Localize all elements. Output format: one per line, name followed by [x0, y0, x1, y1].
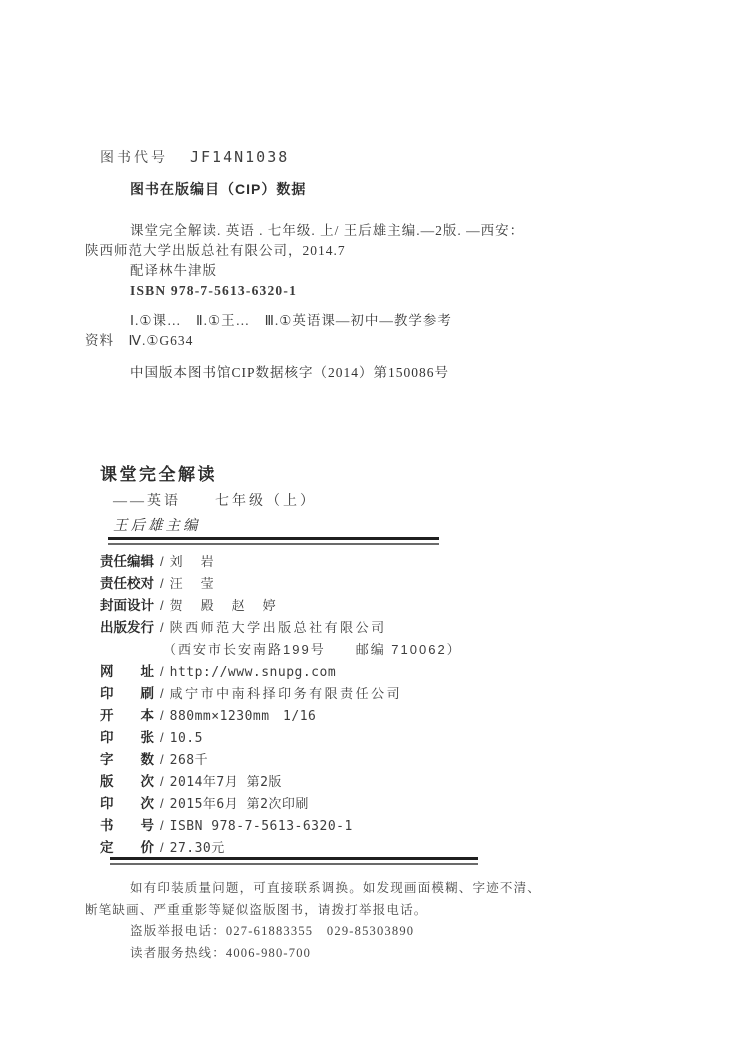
colophon-row-printer: 印 刷/咸宁市中南科择印务有限责任公司 [100, 683, 462, 705]
notice-line-1: 如有印装质量问题，可直接联系调换。如发现画面模糊、字迹不清、 [85, 878, 565, 900]
divider-rule-bottom [110, 857, 478, 865]
row-slash: / [160, 708, 164, 723]
row-value: 刘 岩 [170, 554, 217, 569]
row-slash: / [160, 752, 164, 767]
row-slash: / [160, 576, 164, 591]
row-label: 网 址 [100, 661, 158, 683]
copyright-page: 图书代号JF14N1038 图书在版编目（CIP）数据 课堂完全解读. 英语 .… [0, 0, 750, 1052]
row-label: 定 价 [100, 837, 158, 859]
book-author: 王后雄主编 [113, 514, 201, 535]
book-code-label: 图书代号 [100, 149, 168, 165]
row-slash: / [160, 598, 164, 613]
colophon-row-price: 定 价/27.30元 [100, 837, 462, 859]
colophon-row-address: （西安市长安南路199号 邮编 710062） [100, 639, 462, 661]
cip-paragraph: 课堂完全解读. 英语 . 七年级. 上/ 王后雄主编.—2版. —西安： 陕西师… [85, 221, 565, 301]
row-value: 880mm×1230mm 1/16 [170, 709, 317, 724]
colophon-row-sheets: 印 张/10.5 [100, 727, 462, 749]
cip-class-line-1: Ⅰ.①课… Ⅱ.①王… Ⅲ.①英语课—初中—教学参考 [85, 311, 565, 331]
book-title: 课堂完全解读 [100, 460, 217, 485]
cip-line-2: 陕西师范大学出版总社有限公司，2014.7 [85, 241, 565, 261]
row-value: 2015年6月 第2次印刷 [170, 797, 309, 812]
colophon-row-edition: 版 次/2014年7月 第2版 [100, 771, 462, 793]
row-slash: / [160, 818, 164, 833]
row-label: 印 刷 [100, 683, 158, 705]
piracy-hotline: 盗版举报电话：027-61883355 029-85303890 [85, 921, 565, 943]
cip-record-number: 中国版本图书馆CIP数据核字（2014）第150086号 [130, 361, 449, 381]
row-value: http://www.snupg.com [170, 665, 337, 680]
cip-class-line-2: 资料 Ⅳ.①G634 [85, 331, 565, 351]
anti-piracy-notice: 如有印装质量问题，可直接联系调换。如发现画面模糊、字迹不清、 断笔缺画、严重重影… [85, 878, 565, 964]
reader-service-hotline: 读者服务热线：4006-980-700 [85, 943, 565, 965]
colophon-row-word-count: 字 数/268千 [100, 749, 462, 771]
row-label: 印 张 [100, 727, 158, 749]
cip-classification: Ⅰ.①课… Ⅱ.①王… Ⅲ.①英语课—初中—教学参考 资料 Ⅳ.①G634 [85, 311, 565, 351]
row-slash: / [160, 554, 164, 569]
row-value: 268千 [170, 753, 208, 768]
row-slash: / [160, 730, 164, 745]
colophon-row-proofreader: 责任校对/汪 莹 [100, 573, 462, 595]
divider-rule-top [108, 537, 439, 545]
row-slash: / [160, 840, 164, 855]
colophon-row-impression: 印 次/2015年6月 第2次印刷 [100, 793, 462, 815]
row-label: 责任编辑 [100, 551, 158, 573]
row-value: 2014年7月 第2版 [170, 775, 282, 790]
row-slash: / [160, 686, 164, 701]
colophon-rows: 责任编辑/刘 岩 责任校对/汪 莹 封面设计/贺 殿 赵 婷 出版发行/陕西师范… [100, 551, 462, 859]
row-slash: / [160, 620, 164, 635]
row-value: （西安市长安南路199号 邮编 710062） [100, 642, 462, 657]
book-code-value: JF14N1038 [190, 148, 289, 166]
row-slash: / [160, 774, 164, 789]
row-label: 版 次 [100, 771, 158, 793]
row-value: 咸宁市中南科择印务有限责任公司 [170, 686, 403, 701]
row-value: 27.30元 [170, 841, 225, 856]
row-label: 责任校对 [100, 573, 158, 595]
row-value: 10.5 [170, 731, 203, 746]
notice-line-2: 断笔缺画、严重重影等疑似盗版图书，请拨打举报电话。 [85, 900, 565, 922]
row-value: 贺 殿 赵 婷 [170, 598, 279, 613]
cip-line-1: 课堂完全解读. 英语 . 七年级. 上/ 王后雄主编.—2版. —西安： [85, 221, 565, 241]
row-label: 封面设计 [100, 595, 158, 617]
row-label: 字 数 [100, 749, 158, 771]
colophon-row-format: 开 本/880mm×1230mm 1/16 [100, 705, 462, 727]
colophon-row-website: 网 址/http://www.snupg.com [100, 661, 462, 683]
cip-line-3: 配译林牛津版 [85, 261, 565, 281]
row-label: 印 次 [100, 793, 158, 815]
cip-isbn: ISBN 978-7-5613-6320-1 [85, 281, 565, 301]
row-value: ISBN 978-7-5613-6320-1 [170, 819, 353, 834]
row-label: 书 号 [100, 815, 158, 837]
cip-heading: 图书在版编目（CIP）数据 [130, 179, 306, 199]
colophon-row-publisher: 出版发行/陕西师范大学出版总社有限公司 [100, 617, 462, 639]
row-label: 出版发行 [100, 617, 158, 639]
row-slash: / [160, 664, 164, 679]
row-value: 陕西师范大学出版总社有限公司 [170, 620, 387, 635]
book-code-line: 图书代号JF14N1038 [100, 147, 289, 167]
colophon-row-editor: 责任编辑/刘 岩 [100, 551, 462, 573]
colophon-row-isbn: 书 号/ISBN 978-7-5613-6320-1 [100, 815, 462, 837]
row-slash: / [160, 796, 164, 811]
book-subtitle: ——英语 七年级（上） [113, 490, 317, 510]
row-value: 汪 莹 [170, 576, 217, 591]
row-label: 开 本 [100, 705, 158, 727]
colophon-row-cover-design: 封面设计/贺 殿 赵 婷 [100, 595, 462, 617]
